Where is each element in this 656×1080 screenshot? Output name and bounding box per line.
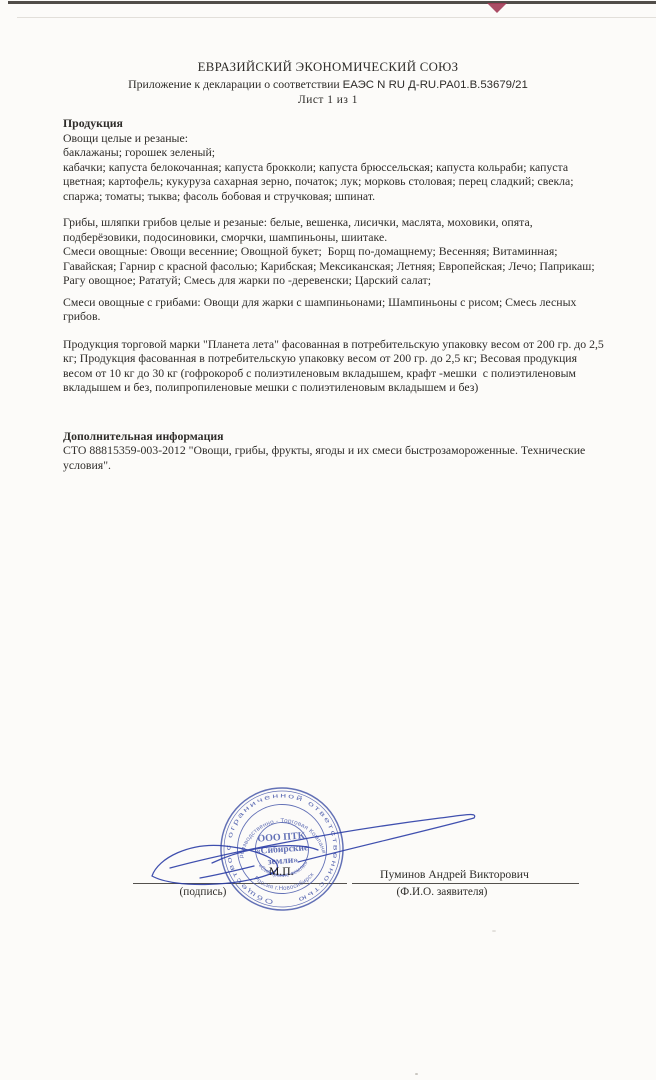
signature-stroke — [200, 866, 254, 878]
text-line: грибов. — [63, 309, 596, 324]
declaration-subtitle: Приложение к декларации о соответствии Е… — [0, 77, 656, 92]
declaration-number: ЕАЭС N RU Д-RU.РА01.В.53679/21 — [343, 79, 528, 91]
text-line: кабачки; капуста белокочанная; капуста б… — [63, 160, 596, 175]
text-line: весом от 10 кг до 30 кг (гофрокороб с по… — [63, 366, 596, 381]
document-body: ПродукцияОвощи целые и резаные:баклажаны… — [63, 116, 596, 472]
text-line: Смеси овощные: Овощи весенние; Овощной б… — [63, 244, 596, 259]
scan-faint-line — [17, 17, 656, 18]
paragraph: Грибы, шляпки грибов целые и резаные: бе… — [63, 215, 596, 288]
paragraph: ПродукцияОвощи целые и резаные:баклажаны… — [63, 116, 596, 203]
stamp-place-label: М.П. — [269, 865, 293, 878]
declaration-subtitle-prefix: Приложение к декларации о соответствии — [128, 77, 343, 91]
text-line: Овощи целые и резаные: — [63, 131, 596, 146]
text-line: Грибы, шляпки грибов целые и резаные: бе… — [63, 215, 596, 230]
signature-loop — [152, 845, 277, 884]
text-line: Смеси овощные с грибами: Овощи для жарки… — [63, 295, 596, 310]
union-title: ЕВРАЗИЙСКИЙ ЭКОНОМИЧЕСКИЙ СОЮЗ — [0, 60, 656, 75]
paragraph: Продукция торговой марки "Планета лета" … — [63, 337, 596, 395]
text-line: условия". — [63, 458, 596, 473]
handwritten-signature — [130, 795, 490, 907]
scanned-document-page: { "header": { "org": "ЕВРАЗИЙСКИЙ ЭКОНОМ… — [0, 0, 656, 1080]
text-line: цветная; картофель; кукуруза сахарная зе… — [63, 174, 596, 189]
paragraph-heading: Продукция — [63, 116, 596, 131]
paragraph: Смеси овощные с грибами: Овощи для жарки… — [63, 295, 596, 324]
scan-edge-line — [8, 1, 656, 4]
sheet-number: Лист 1 из 1 — [0, 94, 656, 106]
paragraph: Дополнительная информацияСТО 88815359-00… — [63, 429, 596, 473]
text-line: спаржа; томаты; тыква; фасоль бобовая и … — [63, 189, 596, 204]
text-line: Рагу овощное; Рататуй; Смесь для жарки п… — [63, 273, 596, 288]
scan-speck — [415, 1073, 418, 1075]
paragraph-heading: Дополнительная информация — [63, 429, 596, 444]
text-line: Гавайская; Гарнир с красной фасолью; Кар… — [63, 259, 596, 274]
scan-speck — [492, 930, 496, 932]
text-line: подберёзовики, подосиновики, сморчки, ша… — [63, 230, 596, 245]
text-line: вкладышем и без, полипропиленовые мешки … — [63, 380, 596, 395]
text-line: СТО 88815359-003-2012 "Овощи, грибы, фру… — [63, 443, 596, 458]
red-ink-mark — [487, 3, 507, 13]
signature-flourish — [170, 815, 475, 868]
text-line: кг; Продукция фасованная в потребительск… — [63, 351, 596, 366]
text-line: баклажаны; горошек зеленый; — [63, 145, 596, 160]
text-line: Продукция торговой марки "Планета лета" … — [63, 337, 596, 352]
document-header: ЕВРАЗИЙСКИЙ ЭКОНОМИЧЕСКИЙ СОЮЗ Приложени… — [0, 60, 656, 106]
